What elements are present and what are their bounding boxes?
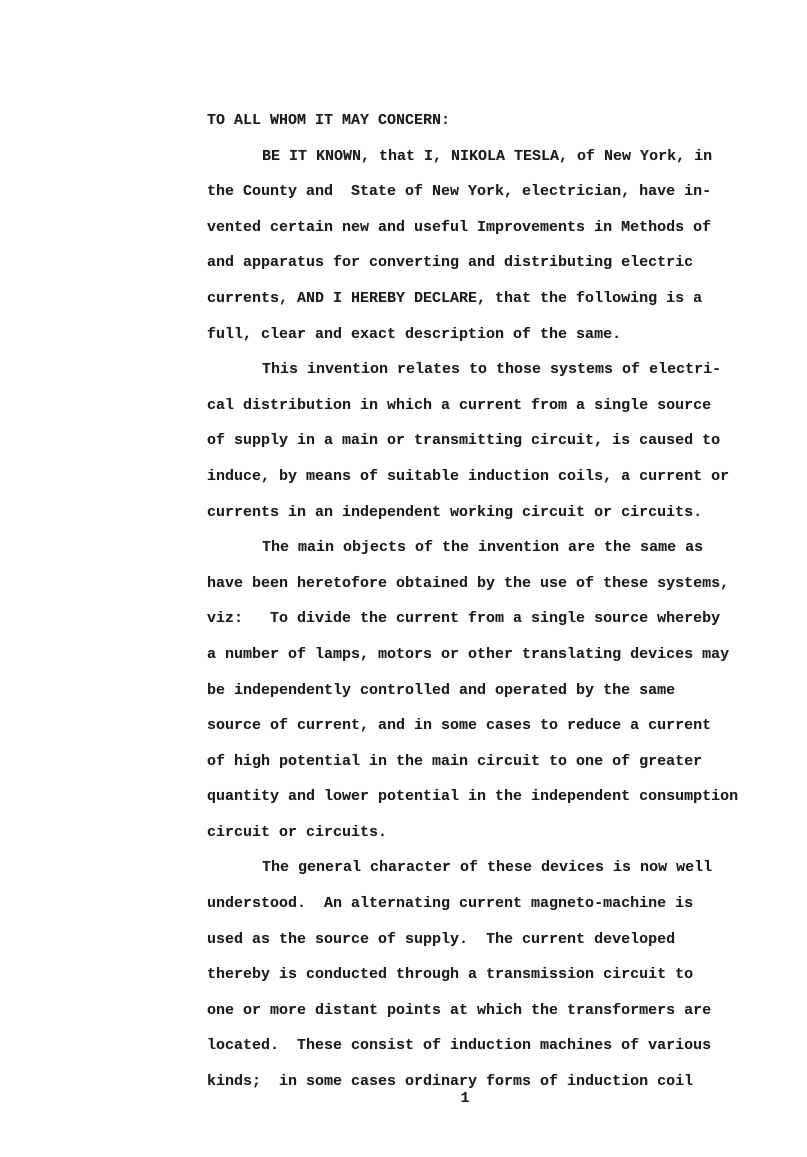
text-line: located. These consist of induction mach… (207, 1028, 767, 1064)
text-line: thereby is conducted through a transmiss… (207, 957, 767, 993)
text-line: source of current, and in some cases to … (207, 708, 767, 744)
text-line: one or more distant points at which the … (207, 993, 767, 1029)
text-line: cal distribution in which a current from… (207, 388, 767, 424)
text-line: currents, AND I HEREBY DECLARE, that the… (207, 281, 767, 317)
text-line: quantity and lower potential in the inde… (207, 779, 767, 815)
page-number: 1 (207, 1090, 723, 1107)
text-line: understood. An alternating current magne… (207, 886, 767, 922)
text-line: TO ALL WHOM IT MAY CONCERN: (207, 103, 767, 139)
text-line: This invention relates to those systems … (207, 352, 767, 388)
text-line: The main objects of the invention are th… (207, 530, 767, 566)
text-line: have been heretofore obtained by the use… (207, 566, 767, 602)
text-line: used as the source of supply. The curren… (207, 922, 767, 958)
text-line: the County and State of New York, electr… (207, 174, 767, 210)
text-line: currents in an independent working circu… (207, 495, 767, 531)
text-line: of supply in a main or transmitting circ… (207, 423, 767, 459)
text-line: be independently controlled and operated… (207, 673, 767, 709)
text-line: of high potential in the main circuit to… (207, 744, 767, 780)
text-line: viz: To divide the current from a single… (207, 601, 767, 637)
text-block: TO ALL WHOM IT MAY CONCERN:BE IT KNOWN, … (207, 103, 767, 1100)
document-page: TO ALL WHOM IT MAY CONCERN:BE IT KNOWN, … (0, 0, 807, 1157)
text-line: BE IT KNOWN, that I, NIKOLA TESLA, of Ne… (207, 139, 767, 175)
text-line: vented certain new and useful Improvemen… (207, 210, 767, 246)
text-line: induce, by means of suitable induction c… (207, 459, 767, 495)
text-line: a number of lamps, motors or other trans… (207, 637, 767, 673)
text-line: full, clear and exact description of the… (207, 317, 767, 353)
text-line: The general character of these devices i… (207, 850, 767, 886)
text-line: and apparatus for converting and distrib… (207, 245, 767, 281)
text-line: circuit or circuits. (207, 815, 767, 851)
